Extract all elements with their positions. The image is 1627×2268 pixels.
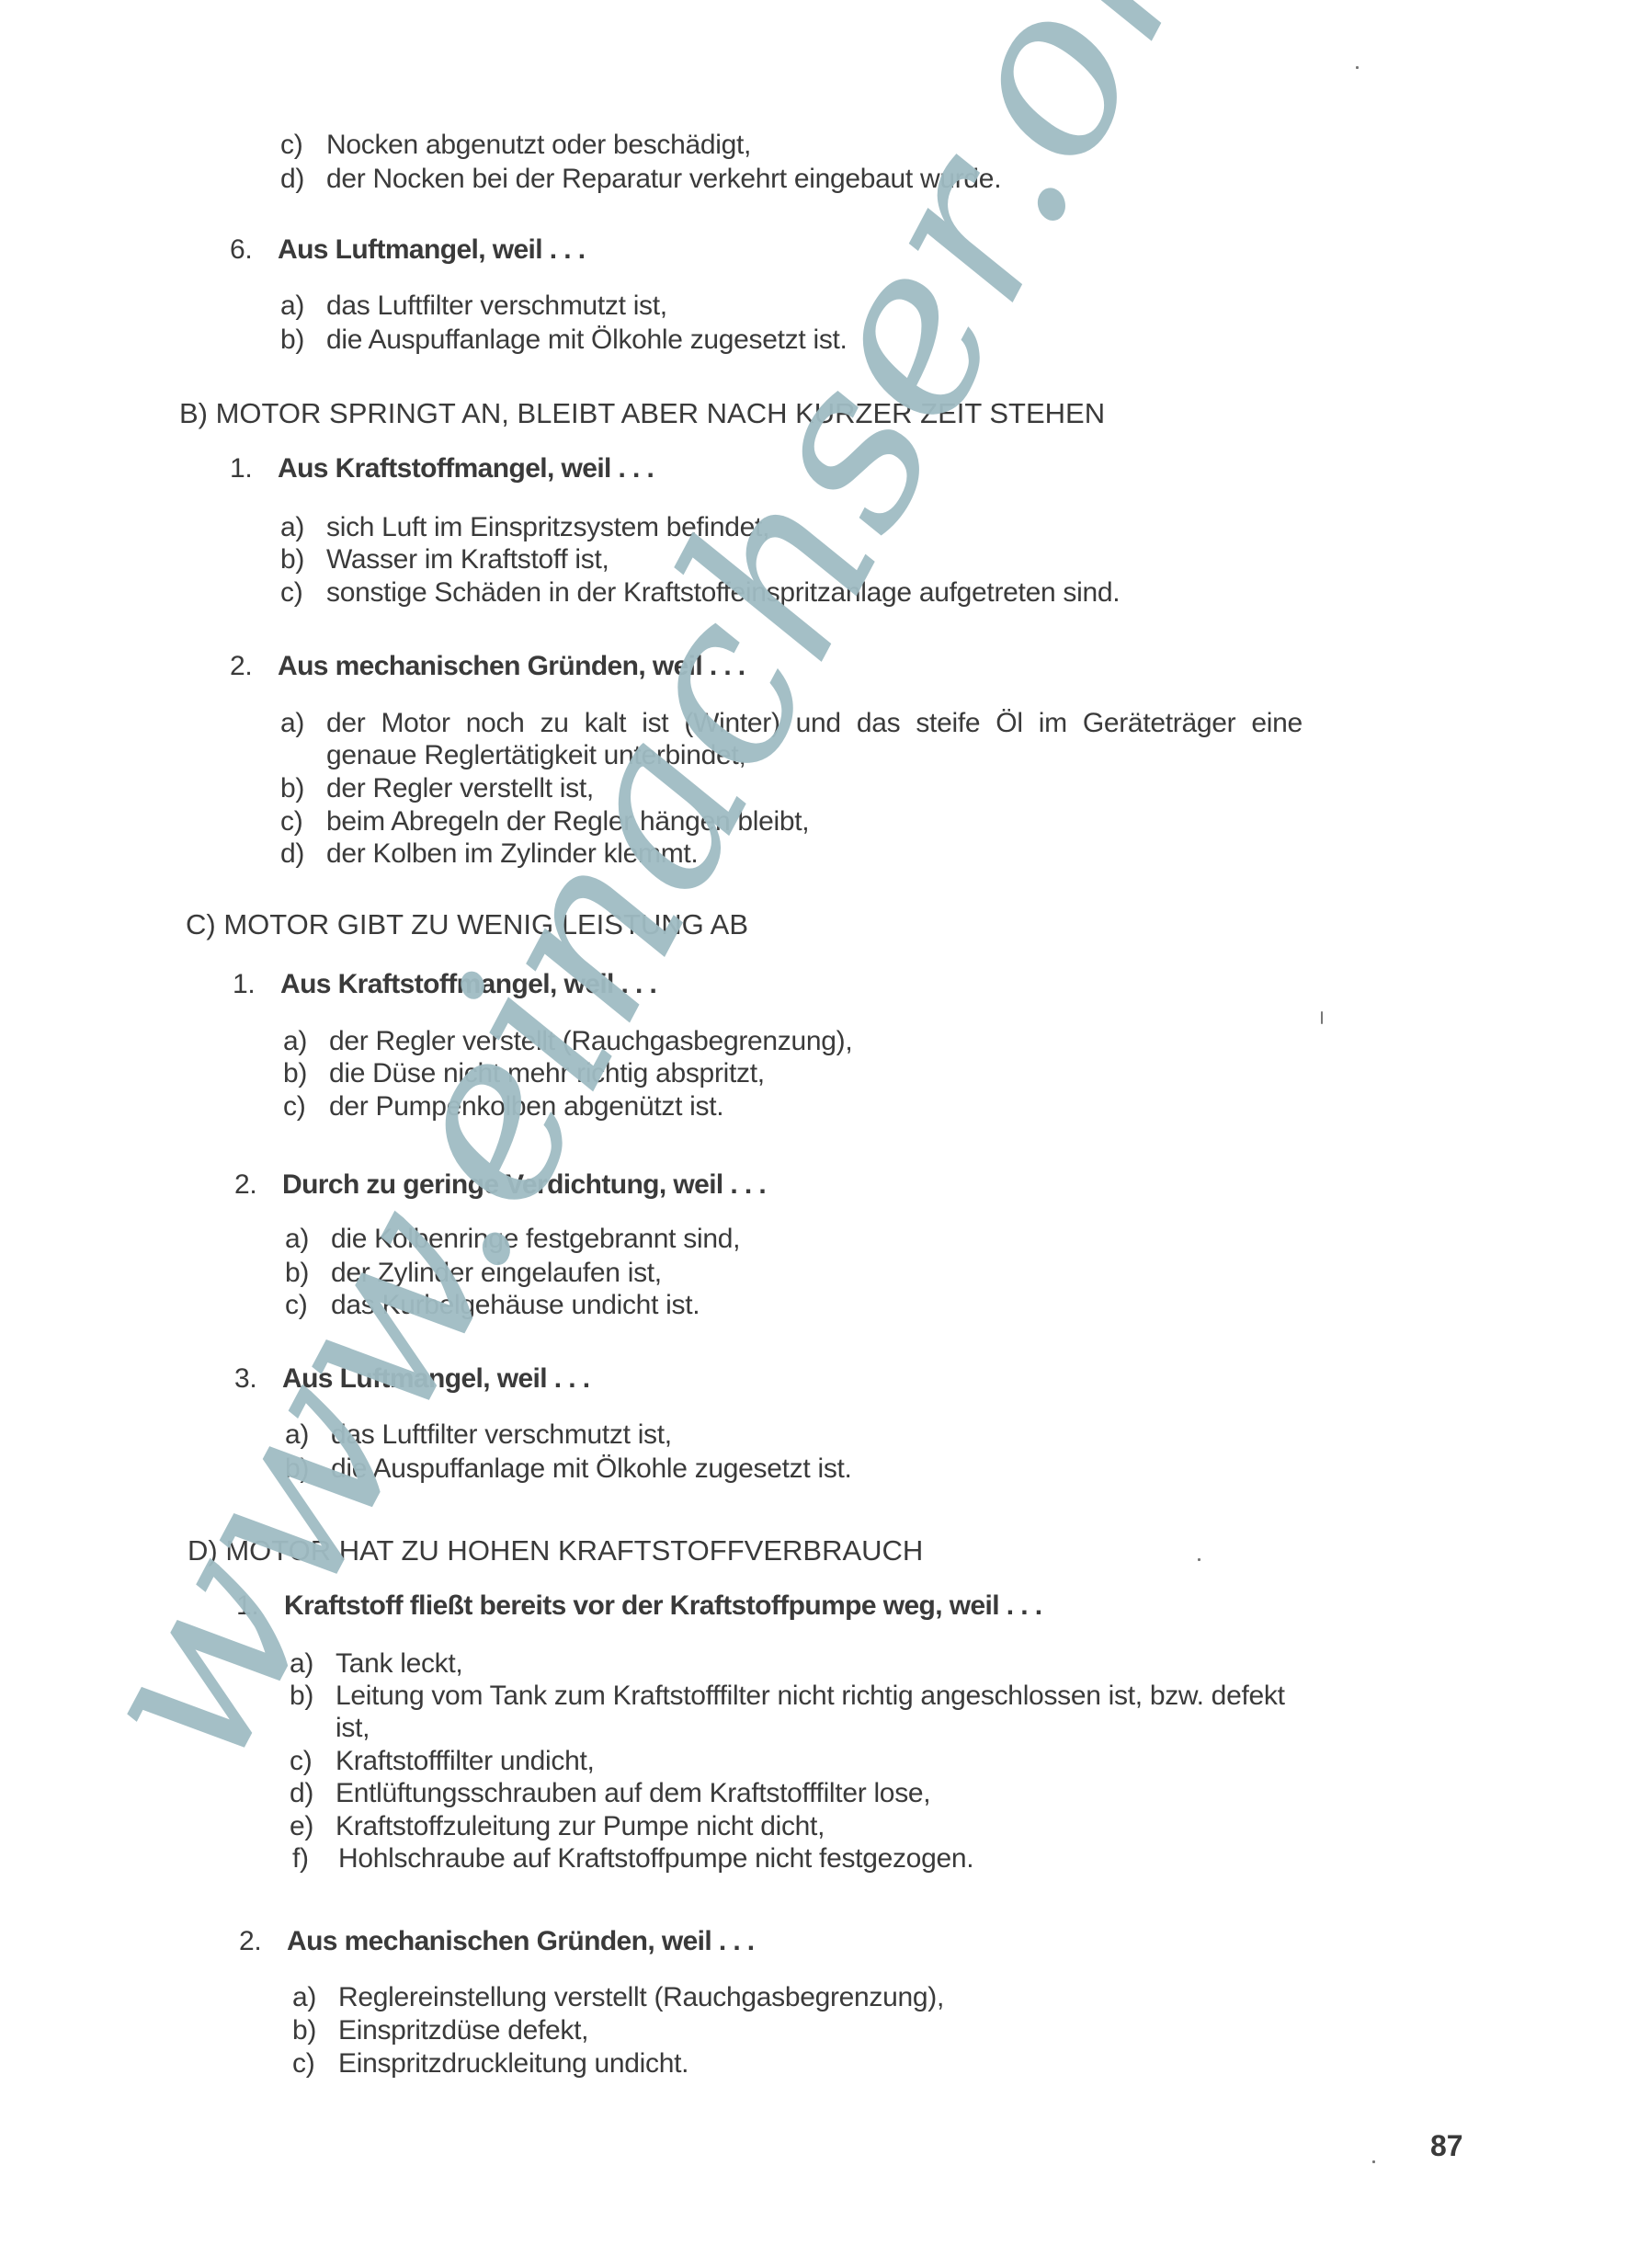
item-label: d) <box>290 1777 336 1810</box>
list-item: a)der Regler verstellt (Rauchgasbegrenzu… <box>283 1025 852 1058</box>
item-text: die Düse nicht mehr richtig abspritzt, <box>329 1058 765 1088</box>
group-number: 3. <box>234 1362 282 1396</box>
item-label: a) <box>280 290 326 323</box>
group-number: 1. <box>236 1590 284 1623</box>
group-title: 3.Aus Luftmangel, weil . . . <box>234 1362 589 1396</box>
group-title-text: Kraftstoff fließt bereits vor der Krafts… <box>284 1590 1041 1621</box>
item-text: das Kurbelgehäuse undicht ist. <box>331 1290 700 1320</box>
list-item: c)der Pumpenkolben abgenützt ist. <box>283 1090 723 1123</box>
list-item: c)sonstige Schäden in der Kraftstoffeins… <box>280 576 1120 610</box>
group-title-text: Aus Luftmangel, weil . . . <box>282 1363 589 1394</box>
list-item: b)die Auspuffanlage mit Ölkohle zugesetz… <box>285 1453 852 1486</box>
group-title-text: Aus mechanischen Gründen, weil . . . <box>287 1926 755 1956</box>
item-text: Entlüftungsschrauben auf dem Kraftstofff… <box>336 1778 930 1808</box>
item-text: Kraftstofffilter undicht, <box>336 1746 595 1776</box>
item-label: c) <box>280 576 326 610</box>
item-label: b) <box>292 2014 338 2047</box>
item-text: sonstige Schäden in der Kraftstoffeinspr… <box>326 577 1120 608</box>
item-text: Nocken abgenutzt oder beschädigt, <box>326 130 751 160</box>
item-text: Leitung vom Tank zum Kraftstofffilter ni… <box>336 1681 1285 1711</box>
item-label: e) <box>290 1810 336 1843</box>
group-title-text: Aus Kraftstoffmangel, weil . . . <box>278 453 654 484</box>
group-title: 6.Aus Luftmangel, weil . . . <box>230 234 585 267</box>
item-text: der Kolben im Zylinder klemmt. <box>326 838 698 869</box>
item-label: d) <box>280 163 326 196</box>
item-label: b) <box>280 543 326 576</box>
item-label: a) <box>283 1025 329 1058</box>
section-heading-b: B) MOTOR SPRINGT AN, BLEIBT ABER NACH KU… <box>179 397 1105 430</box>
item-label: a) <box>285 1223 331 1256</box>
item-continuation: genaue Reglertätigkeit unterbindet, <box>326 739 746 772</box>
scan-speck <box>1198 1558 1200 1561</box>
section-heading-c: C) MOTOR GIBT ZU WENIG LEISTUNG AB <box>186 908 748 941</box>
item-label: b) <box>290 1680 336 1713</box>
item-text: das Luftfilter verschmutzt ist, <box>331 1419 672 1450</box>
group-title: 1.Aus Kraftstoffmangel, weil . . . <box>230 452 654 485</box>
list-item: b)die Düse nicht mehr richtig abspritzt, <box>283 1057 765 1090</box>
group-number: 1. <box>230 452 278 485</box>
group-number: 2. <box>239 1925 287 1958</box>
item-text: der Pumpenkolben abgenützt ist. <box>329 1091 723 1122</box>
list-item: a)sich Luft im Einspritzsystem befindet, <box>280 511 769 544</box>
group-title: 2.Aus mechanischen Gründen, weil . . . <box>239 1925 755 1958</box>
group-title-text: Aus Luftmangel, weil . . . <box>278 234 585 265</box>
item-text: die Kolbenringe festgebrannt sind, <box>331 1224 740 1254</box>
item-text: Einspritzdüse defekt, <box>338 2015 588 2046</box>
item-text: Kraftstoffzuleitung zur Pumpe nicht dich… <box>336 1811 825 1841</box>
item-label: f) <box>292 1842 338 1875</box>
item-label: c) <box>292 2047 338 2080</box>
item-text: Hohlschraube auf Kraftstoffpumpe nicht f… <box>338 1843 973 1874</box>
list-item: c)Kraftstofffilter undicht, <box>290 1745 595 1778</box>
item-text: der Regler verstellt ist, <box>326 773 594 803</box>
item-text: die Auspuffanlage mit Ölkohle zugesetzt … <box>331 1453 852 1484</box>
list-item: a)das Luftfilter verschmutzt ist, <box>280 290 667 323</box>
list-item: d)der Nocken bei der Reparatur verkehrt … <box>280 163 1001 196</box>
group-title: 1.Aus Kraftstoffmangel, weil . . . <box>233 968 656 1001</box>
list-item: a)das Luftfilter verschmutzt ist, <box>285 1419 672 1452</box>
list-item: c)das Kurbelgehäuse undicht ist. <box>285 1289 700 1322</box>
item-label: c) <box>285 1289 331 1322</box>
item-label: c) <box>280 129 326 162</box>
group-number: 6. <box>230 234 278 267</box>
item-text: die Auspuffanlage mit Ölkohle zugesetzt … <box>326 325 848 355</box>
item-label: b) <box>280 772 326 805</box>
item-text: der Regler verstellt (Rauchgasbegrenzung… <box>329 1026 852 1056</box>
group-title-text: Aus Kraftstoffmangel, weil . . . <box>280 969 656 999</box>
list-item: a)Reglereinstellung verstellt (Rauchgasb… <box>292 1981 944 2014</box>
item-label: a) <box>280 707 326 740</box>
group-number: 2. <box>234 1168 282 1202</box>
item-label: b) <box>283 1057 329 1090</box>
item-text: Einspritzdruckleitung undicht. <box>338 2048 688 2079</box>
item-label: a) <box>292 1981 338 2014</box>
section-heading-d: D) MOTOR HAT ZU HOHEN KRAFTSTOFFVERBRAUC… <box>188 1534 923 1567</box>
list-item: b)der Regler verstellt ist, <box>280 772 594 805</box>
item-continuation: ist, <box>336 1712 370 1745</box>
item-label: c) <box>283 1090 329 1123</box>
list-item: b)Leitung vom Tank zum Kraftstofffilter … <box>290 1680 1285 1713</box>
scan-speck <box>1321 1011 1323 1024</box>
item-label: a) <box>290 1647 336 1681</box>
item-text: beim Abregeln der Regler hängen bleibt, <box>326 806 809 837</box>
list-item: c)Einspritzdruckleitung undicht. <box>292 2047 688 2080</box>
group-title-text: Aus mechanischen Gründen, weil . . . <box>278 651 745 681</box>
item-text: der Zylinder eingelaufen ist, <box>331 1258 662 1288</box>
list-item: b)die Auspuffanlage mit Ölkohle zugesetz… <box>280 324 848 357</box>
group-title: 1.Kraftstoff fließt bereits vor der Kraf… <box>236 1590 1041 1623</box>
list-item: b)der Zylinder eingelaufen ist, <box>285 1257 662 1290</box>
item-label: b) <box>285 1453 331 1486</box>
item-label: b) <box>285 1257 331 1290</box>
scan-speck <box>1356 66 1359 69</box>
item-label: c) <box>280 805 326 838</box>
group-number: 1. <box>233 968 280 1001</box>
group-title: 2.Durch zu geringe Verdichtung, weil . .… <box>234 1168 766 1202</box>
list-item: c)Nocken abgenutzt oder beschädigt, <box>280 129 751 162</box>
list-item: a)der Motor noch zu kalt ist (Winter) un… <box>280 707 1303 740</box>
list-item: b)Wasser im Kraftstoff ist, <box>280 543 609 576</box>
page-number: 87 <box>1430 2129 1463 2163</box>
list-item: a)die Kolbenringe festgebrannt sind, <box>285 1223 740 1256</box>
list-item: e)Kraftstoffzuleitung zur Pumpe nicht di… <box>290 1810 825 1843</box>
scan-speck <box>1372 2160 1375 2163</box>
item-label: a) <box>285 1419 331 1452</box>
item-text: Wasser im Kraftstoff ist, <box>326 544 609 575</box>
item-text: sich Luft im Einspritzsystem befindet, <box>326 512 769 542</box>
list-item: b)Einspritzdüse defekt, <box>292 2014 588 2047</box>
group-title: 2.Aus mechanischen Gründen, weil . . . <box>230 650 745 683</box>
item-label: a) <box>280 511 326 544</box>
list-item: d)Entlüftungsschrauben auf dem Kraftstof… <box>290 1777 930 1810</box>
group-number: 2. <box>230 650 278 683</box>
item-text: Tank leckt, <box>336 1648 462 1679</box>
group-title-text: Durch zu geringe Verdichtung, weil . . . <box>282 1169 766 1200</box>
item-text: der Nocken bei der Reparatur verkehrt ei… <box>326 164 1001 194</box>
list-item: c)beim Abregeln der Regler hängen bleibt… <box>280 805 809 838</box>
item-text: der Motor noch zu kalt ist (Winter) und … <box>326 708 1303 738</box>
item-label: c) <box>290 1745 336 1778</box>
item-text: das Luftfilter verschmutzt ist, <box>326 291 667 321</box>
list-item: a)Tank leckt, <box>290 1647 462 1681</box>
list-item: f)Hohlschraube auf Kraftstoffpumpe nicht… <box>292 1842 973 1875</box>
list-item: d)der Kolben im Zylinder klemmt. <box>280 838 698 871</box>
item-label: b) <box>280 324 326 357</box>
item-label: d) <box>280 838 326 871</box>
item-text: Reglereinstellung verstellt (Rauchgasbeg… <box>338 1982 944 2012</box>
